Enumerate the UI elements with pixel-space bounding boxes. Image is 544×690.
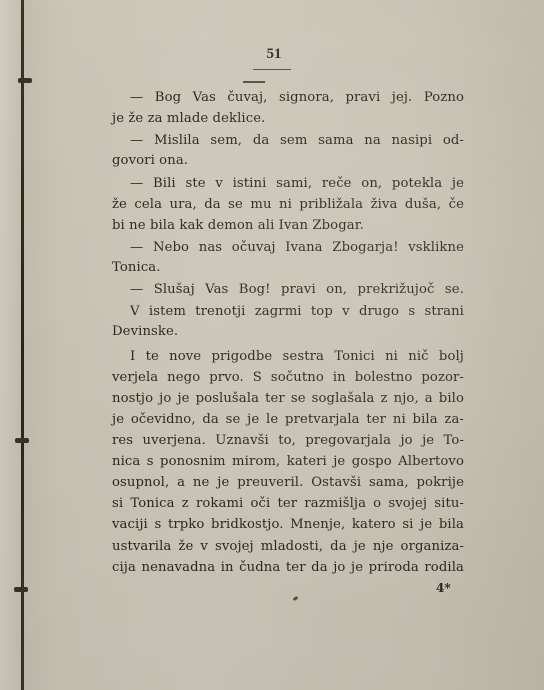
text-line: je že za mlade deklice. <box>112 109 464 129</box>
text-line: — Nebo nas očuvaj Ivana Zbogarja! vsklik… <box>112 238 464 258</box>
text-line: govori ona. <box>112 151 464 171</box>
text-line: Tonica. <box>112 258 464 278</box>
header-rule <box>253 69 291 70</box>
binding-stitch <box>15 438 29 443</box>
text-line: I te nove prigodbe sestra Tonici ni nič … <box>112 347 464 367</box>
text-line: — Bili ste v istini sami, reče on, potek… <box>112 174 464 194</box>
page-number: 51 <box>262 46 286 63</box>
text-line: nica s ponosnim mirom, kateri je gospo A… <box>112 452 464 472</box>
text-line: V istem trenotji zagrmi top v drugo s st… <box>112 302 464 322</box>
header-rule-short <box>243 81 265 83</box>
text-line: res uverjena. Uznavši to, pregovarjala j… <box>112 431 464 451</box>
binding-stitch <box>14 587 28 592</box>
text-line: že cela ura, da se mu ni približala živa… <box>112 195 464 215</box>
text-line: — Bog Vas čuvaj, signora, pravi jej. Poz… <box>112 88 464 108</box>
text-line: Devinske. <box>112 322 464 342</box>
text-line: cija nenavadna in čudna ter da jo je pri… <box>112 558 464 578</box>
text-line: — Mislila sem, da sem sama na nasipi od- <box>112 131 464 151</box>
text-line: si Tonica z rokami oči ter razmišlja o s… <box>112 494 464 514</box>
text-line: verjela nego prvo. S sočutno in bolestno… <box>112 368 464 388</box>
text-line: bi ne bila kak demon ali Ivan Zbogar. <box>112 216 464 236</box>
text-line: nostjo jo je poslušala ter se soglašala … <box>112 389 464 409</box>
signature-mark: 4* <box>436 581 451 595</box>
text-line: — Slušaj Vas Bog! pravi on, prekrižujoč … <box>112 280 464 300</box>
text-line: je očevidno, da se je le pretvarjala ter… <box>112 410 464 430</box>
text-line: osupnol, a ne je preuveril. Ostavši sama… <box>112 473 464 493</box>
text-line: ustvarila že v svojej mladosti, da je nj… <box>112 537 464 557</box>
ink-speck <box>293 596 299 601</box>
binding-stitch <box>18 78 32 83</box>
book-page: 51 — Bog Vas čuvaj, signora, pravi jej. … <box>0 0 544 690</box>
text-line: vaciji s trpko bridkostjo. Mnenje, kater… <box>112 515 464 535</box>
